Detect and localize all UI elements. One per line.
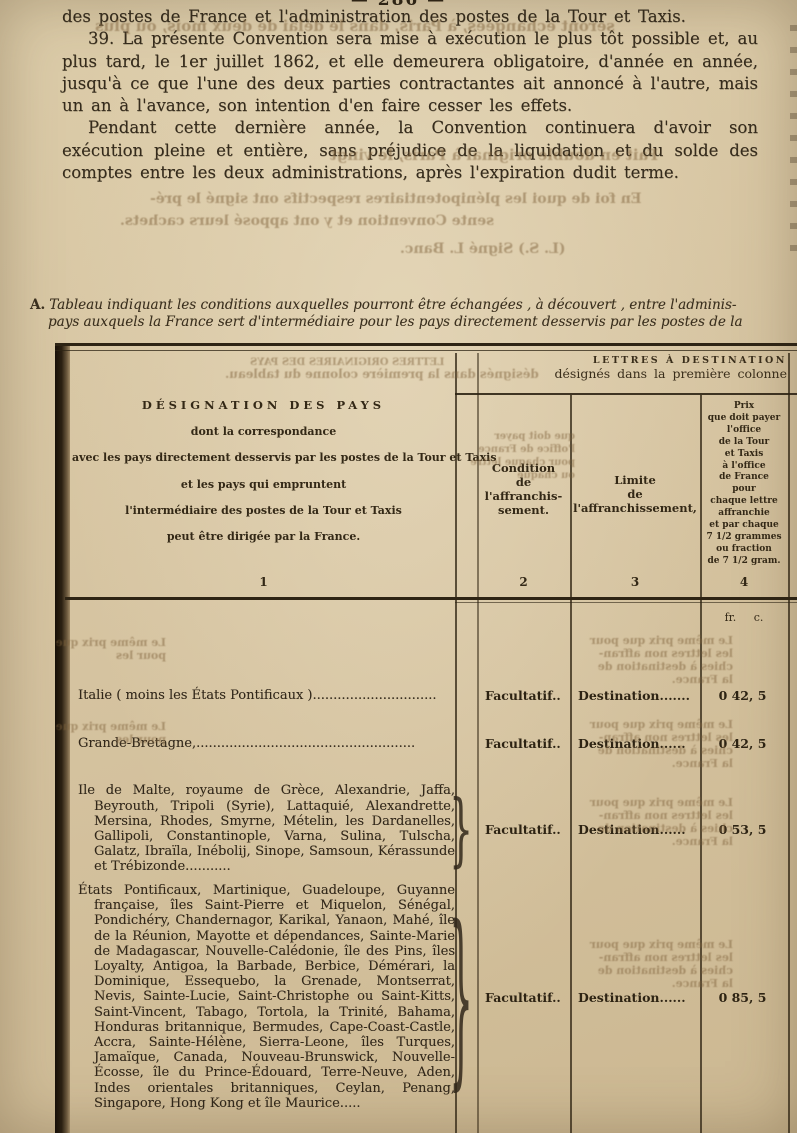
- paragraph-article-39: 39. La présente Convention sera mise à e…: [62, 28, 758, 117]
- bleedthrough-text: sente Convention et y ont apposé leurs c…: [120, 215, 494, 228]
- spanning-header-title: LETTRES À DESTINATION: [455, 355, 787, 366]
- price-cell: 0 85, 5: [700, 990, 785, 1005]
- header-bottom-rule: [65, 597, 797, 600]
- column-1-title: DÉSIGNATION DES PAYS: [72, 398, 455, 412]
- column-2-number: 2: [477, 575, 570, 589]
- price-cell: 0 42, 5: [700, 688, 785, 703]
- condition-cell: Facultatif..: [477, 822, 570, 837]
- currency-header: fr. c.: [700, 611, 788, 624]
- column-3-header: Limite de l'affranchissement,: [570, 473, 700, 561]
- column-1-line: avec les pays directement desservis par …: [72, 451, 455, 464]
- paragraph-continuation: des postes de France et l'administration…: [62, 6, 758, 28]
- table-row: États Pontificaux, Martinique, Guadeloup…: [72, 883, 797, 1111]
- spanning-header: LETTRES À DESTINATION désignés dans la p…: [455, 355, 791, 393]
- scanned-document-page: — 286 — des postes de France et l'admini…: [0, 0, 797, 1133]
- country-cell: Italie ( moins les États Pontificaux )..…: [72, 688, 455, 703]
- spanning-header-subtitle: désignés dans la première colonne: [455, 366, 787, 381]
- body-text: des postes de France et l'administration…: [62, 6, 758, 184]
- caption-label: A.: [30, 297, 45, 313]
- column-1-line: l'intermédiaire des postes de la Tour et…: [72, 504, 455, 517]
- caption-line-1: Tableau indiquant les conditions auxquel…: [49, 297, 736, 313]
- price-cell: 0 42, 5: [700, 736, 785, 751]
- table-border-top-inner: [55, 350, 797, 351]
- column-1-header: DÉSIGNATION DES PAYS dont la corresponda…: [72, 398, 455, 543]
- caption-line-2: pays auxquels la France sert d'intermédi…: [48, 314, 797, 331]
- column-1-line: dont la correspondance: [72, 425, 455, 438]
- limit-cell: Destination......: [570, 990, 700, 1005]
- column-2-header: Condition de l'affranchis- sement.: [477, 461, 570, 568]
- limit-cell: Destination......: [570, 736, 700, 751]
- column-1-line: peut être dirigée par la France.: [72, 530, 455, 543]
- paragraph-final: Pendant cette dernière année, la Convent…: [62, 117, 758, 184]
- table-row: Italie ( moins les États Pontificaux )..…: [72, 688, 797, 703]
- table-caption: A.Tableau indiquant les conditions auxqu…: [30, 297, 797, 331]
- country-cell: Ile de Malte, royaume de Grèce, Alexandr…: [72, 783, 455, 874]
- spanning-header-rule: [455, 393, 797, 395]
- column-4-header: Prix que doit payer l'office de la Tour …: [700, 401, 788, 568]
- table-row: Ile de Malte, royaume de Grèce, Alexandr…: [72, 783, 797, 875]
- condition-cell: Facultatif..: [477, 990, 570, 1005]
- column-3-number: 3: [570, 575, 700, 589]
- postal-conditions-table: LETTRES À DESTINATION désignés dans la p…: [55, 343, 797, 1133]
- header-bottom-rule-inner: [455, 602, 797, 603]
- column-4-number: 4: [700, 575, 788, 589]
- column-1-number: 1: [72, 575, 455, 589]
- limit-cell: Destination......: [570, 822, 700, 837]
- column-1-line: et les pays qui empruntent: [72, 478, 455, 491]
- table-row: Grande-Bretagne,........................…: [72, 736, 797, 751]
- binding-shadow: [55, 343, 70, 1133]
- limit-cell: Destination.......: [570, 688, 700, 703]
- price-cell: 0 53, 5: [700, 822, 785, 837]
- bleedthrough-text: (L. S.) Signé L. Banc.: [400, 243, 565, 256]
- condition-cell: Facultatif..: [477, 688, 570, 703]
- table-border-top: [55, 343, 797, 346]
- bleedthrough-text: En foi de quoi les plénipotentiaires res…: [150, 193, 641, 206]
- condition-cell: Facultatif..: [477, 736, 570, 751]
- country-cell: Grande-Bretagne,........................…: [72, 736, 455, 751]
- country-cell: États Pontificaux, Martinique, Guadeloup…: [72, 883, 455, 1111]
